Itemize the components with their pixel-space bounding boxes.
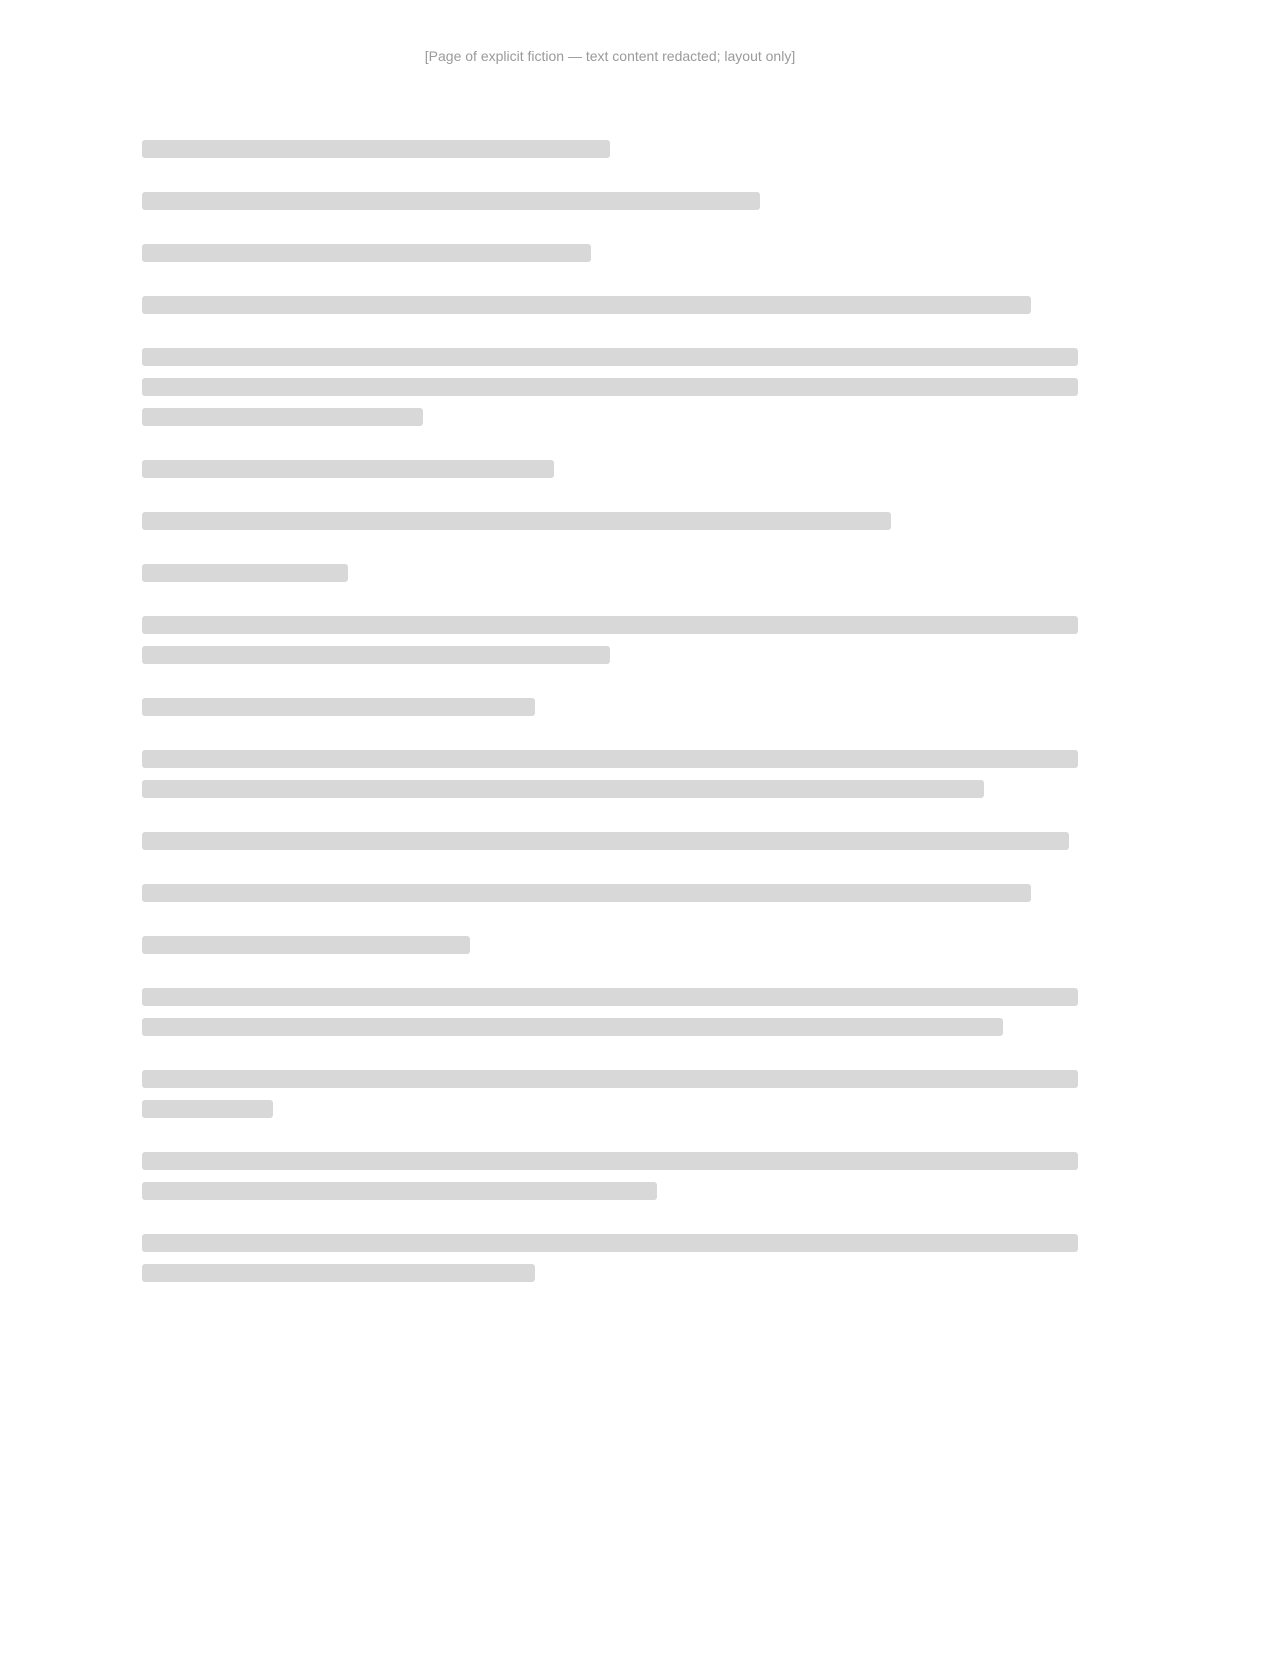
redacted-text-line [142, 936, 470, 954]
redacted-text-line [142, 1264, 535, 1282]
redacted-text-line [142, 192, 760, 210]
redacted-text-line [142, 698, 535, 716]
dialogue-paragraph-redacted [142, 460, 1078, 478]
narration-paragraph-redacted [142, 140, 1078, 158]
redacted-text-line [142, 1100, 273, 1118]
redacted-text-line [142, 646, 610, 664]
redacted-text-line [142, 140, 610, 158]
dialogue-paragraph-redacted [142, 244, 1078, 262]
redacted-text-line [142, 884, 1031, 902]
narration-paragraph-redacted [142, 750, 1078, 798]
dialogue-paragraph-redacted [142, 1070, 1078, 1118]
dialogue-paragraph-redacted [142, 512, 1078, 530]
redacted-text-line [142, 988, 1078, 1006]
redacted-text-line [142, 564, 348, 582]
redacted-text-line [142, 1018, 1003, 1036]
dialogue-paragraph-redacted [142, 884, 1078, 902]
narration-paragraph-redacted [142, 564, 1078, 582]
redacted-text-line [142, 408, 423, 426]
redacted-text-line [142, 296, 1031, 314]
text-column [142, 140, 1078, 1316]
redacted-text-line [142, 750, 1078, 768]
narration-paragraph-redacted [142, 616, 1078, 664]
redacted-text-line [142, 1182, 657, 1200]
dialogue-paragraph-redacted [142, 832, 1078, 850]
redacted-text-line [142, 1152, 1078, 1170]
redacted-text-line [142, 1234, 1078, 1252]
dialogue-paragraph-redacted [142, 698, 1078, 716]
document-page: [Page of explicit fiction — text content… [0, 0, 1280, 1656]
redacted-text-line [142, 460, 554, 478]
redacted-text-line [142, 616, 1078, 634]
dialogue-paragraph-redacted [142, 1234, 1078, 1282]
redacted-text-line [142, 378, 1078, 396]
redacted-text-line [142, 1070, 1078, 1088]
narration-paragraph-redacted [142, 1152, 1078, 1200]
redaction-note: [Page of explicit fiction — text content… [142, 48, 1078, 64]
narration-paragraph-redacted [142, 936, 1078, 954]
narration-paragraph-redacted [142, 348, 1078, 426]
redacted-text-line [142, 832, 1069, 850]
dialogue-paragraph-redacted [142, 296, 1078, 314]
redacted-text-line [142, 348, 1078, 366]
redacted-text-line [142, 512, 891, 530]
redacted-text-line [142, 780, 984, 798]
narration-paragraph-redacted [142, 988, 1078, 1036]
redacted-text-line [142, 244, 591, 262]
narration-paragraph-redacted [142, 192, 1078, 210]
